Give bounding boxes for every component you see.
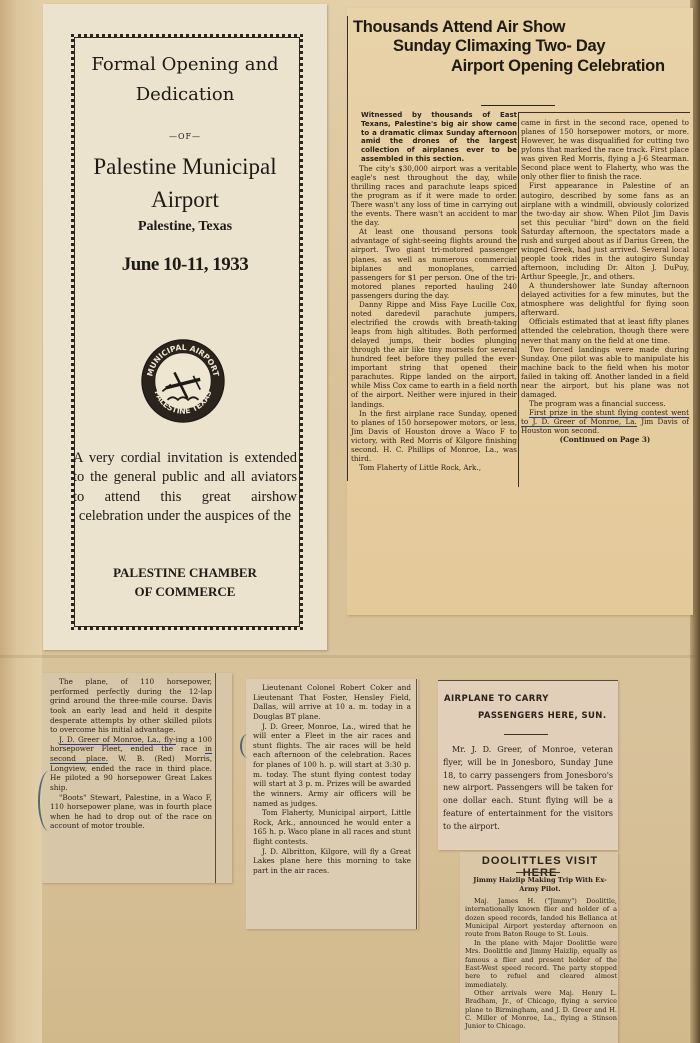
ornamental-border (71, 34, 303, 630)
chamber-of-commerce: PALESTINE CHAMBER OF COMMERCE (43, 564, 327, 602)
column-divider (518, 112, 519, 487)
program-of: —OF— (43, 132, 327, 141)
air-show-article: Thousands Attend Air Show Sunday Climaxi… (347, 8, 693, 615)
ink-mark (38, 771, 60, 831)
article-column-2: came in first in the second race, opened… (521, 118, 689, 444)
airplane-seal-icon: MUNICIPAL AIRPORT PALESTINE TEXAS (140, 338, 226, 424)
article-headline: Thousands Attend Air Show Sunday Climaxi… (353, 18, 665, 76)
entrants-clipping: Lieutenant Colonel Robert Coker and Lieu… (246, 679, 418, 929)
article-column-1: Witnessed by thousands of East Texans, P… (351, 111, 517, 472)
passenger-flights-clipping: AIRPLANE TO CARRY PASSENGERS HERE, SUN. … (438, 680, 618, 850)
race-results-clipping: The plane, of 110 horsepower, performed … (42, 673, 232, 883)
program-date: June 10-11, 1933 (43, 254, 327, 276)
program-city: Palestine, Texas (43, 219, 327, 235)
doolittles-visit-clipping: DOOLITTLES VISIT HERE Jimmy Haizlip Maki… (460, 852, 618, 1043)
page-fold (0, 655, 700, 658)
dedication-program-card: Formal Opening and Dedication —OF— Pales… (43, 4, 327, 650)
program-title: Formal Opening and Dedication (43, 50, 327, 109)
scrapbook-page-edge (0, 0, 42, 1043)
continued-note: (Continued on Page 3) (521, 435, 689, 444)
invitation-text: A very cordial invitation is extended to… (73, 449, 297, 527)
airport-name: Palestine Municipal Airport (43, 150, 327, 217)
ink-mark (240, 734, 256, 758)
headline-rule (481, 105, 555, 106)
